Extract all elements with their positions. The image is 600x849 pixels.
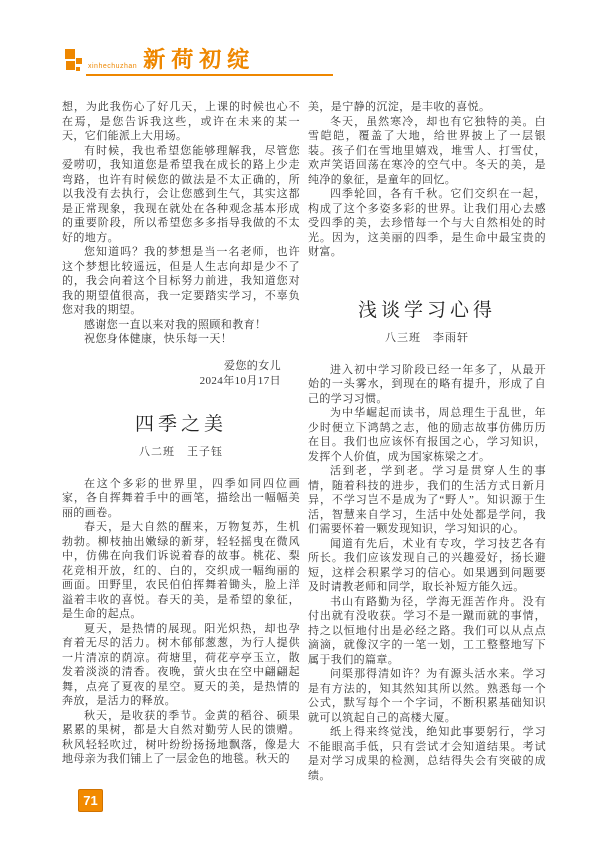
- article-paragraph: 夏天，是热情的展现。阳光炽热，却也孕育着无尽的活力。树木郁郁葱葱，为行人提供一片…: [62, 622, 300, 709]
- article-paragraph: 春天，是大自然的醒来，万物复苏，生机勃勃。柳枝抽出嫩绿的新芽，轻轻摇曳在微风中，…: [62, 520, 300, 622]
- letter-signoff-name: 爱您的女儿: [62, 359, 281, 375]
- letter-signature: 爱您的女儿 2024年10月17日: [62, 359, 300, 390]
- article-paragraph: 冬天，虽然寒冷，却也有它独特的美。白雪皑皑，覆盖了大地，给世界披上了一层银装。孩…: [308, 115, 546, 188]
- article-paragraph: 问渠那得清如许？为有源头活水来。学习是有方法的，知其然知其所以然。熟悉每一个公式…: [308, 667, 546, 725]
- article-title-seasons: 四季之美: [62, 412, 300, 438]
- article-paragraph: 纸上得来终觉浅，绝知此事要躬行，学习不能眼高手低，只有尝试才会知道结果。考试是对…: [308, 725, 546, 783]
- left-column: 想，为此我伤心了好几天，上课的时候也心不在焉，是您告诉我这些，或许在未来的某一天…: [62, 100, 300, 783]
- magazine-header: xinhechuzhan 新荷初绽: [62, 48, 333, 76]
- letter-paragraph: 想，为此我伤心了好几天，上课的时候也心不在焉，是您告诉我这些，或许在未来的某一天…: [62, 100, 300, 144]
- article-paragraph: 进入初中学习阶段已经一年多了，从最开始的一头雾水，到现在的略有提升，形成了自己的…: [308, 363, 546, 407]
- article-title-study: 浅谈学习心得: [308, 298, 546, 324]
- article-paragraph: 闻道有先后，术业有专攻，学习技艺各有所长。我们应该发现自己的兴趣爱好，扬长避短，…: [308, 537, 546, 595]
- page-body: 想，为此我伤心了好几天，上课的时候也心不在焉，是您告诉我这些，或许在未来的某一天…: [62, 100, 546, 783]
- article-author-seasons: 八二班 王子钰: [62, 445, 300, 460]
- logo-pinyin-text: xinhechuzhan: [86, 63, 143, 71]
- article-paragraph: 活到老，学到老。学习是贯穿人生的事情，随着科技的进步，我们的生活方式日新月异，不…: [308, 464, 546, 537]
- article-author-study: 八三班 李雨轩: [308, 331, 546, 346]
- letter-signoff-date: 2024年10月17日: [62, 374, 281, 390]
- article-paragraph: 秋天，是收获的季节。金黄的稻谷、硕果累累的果树，都是大自然对勤劳人民的馈赠。秋风…: [62, 709, 300, 767]
- magazine-title: 新荷初绽: [143, 49, 255, 71]
- logo-underline: xinhechuzhan 新荷初绽: [86, 49, 333, 76]
- article-paragraph-continued: 美，是宁静的沉淀，是丰收的喜悦。: [308, 100, 546, 115]
- letter-paragraph: 您知道吗？我的梦想是当一名老师，也许这个梦想比较遥远，但是人生志向却是少不了的，…: [62, 245, 300, 318]
- article-paragraph: 为中华崛起而读书，周总理生于乱世，年少时便立下鸿鹄之志，他的励志故事仿佛历历在目…: [308, 406, 546, 464]
- magazine-page: xinhechuzhan 新荷初绽 想，为此我伤心了好几天，上课的时候也心不在焉…: [0, 0, 600, 849]
- letter-closing-line: 祝您身体健康，快乐每一天！: [62, 332, 300, 347]
- letter-closing-line: 感谢您一直以来对我的照顾和教育！: [62, 318, 300, 333]
- letter-paragraph: 有时候，我也希望您能够理解我，尽管您爱唠叨，我知道您是希望我在成长的路上少走弯路…: [62, 144, 300, 246]
- logo-squares-icon: [62, 48, 85, 76]
- page-number-badge: 71: [78, 789, 103, 812]
- article-paragraph: 四季轮回，各有千秋。它们交织在一起，构成了这个多姿多彩的世界。让我们用心去感受四…: [308, 187, 546, 260]
- right-column: 美，是宁静的沉淀，是丰收的喜悦。 冬天，虽然寒冷，却也有它独特的美。白雪皑皑，覆…: [308, 100, 546, 783]
- article-paragraph: 书山有路勤为径，学海无涯苦作舟。没有付出就有没收获。学习不是一蹴而就的事情，持之…: [308, 595, 546, 668]
- article-paragraph: 在这个多彩的世界里，四季如同四位画家，各自挥舞着手中的画笔，描绘出一幅幅美丽的画…: [62, 477, 300, 521]
